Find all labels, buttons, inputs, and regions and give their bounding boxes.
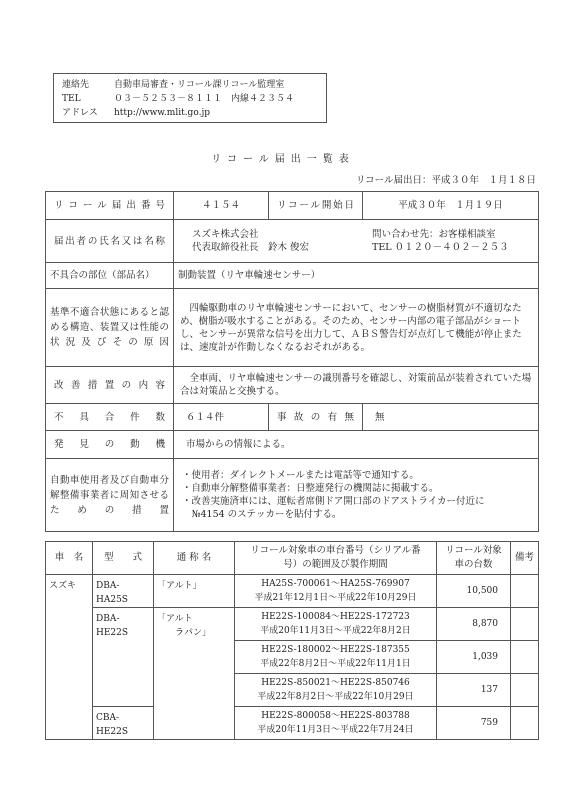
vehicle-table: 車 名 型 式 通 称 名 リコール対象車の車台番号（シリアル番号）の範囲及び製… [45, 541, 539, 740]
part-value: 制動装置（リヤ車輪速センサー） [174, 263, 539, 289]
start-date-label: リコール開始日 [269, 192, 363, 220]
page-title: リコール届出一覧表 [0, 150, 566, 165]
production-period: 平成20年11月3日～平成22年8月2日 [235, 624, 436, 638]
serial-range: HA25S-700061～HA25S-769907 [235, 577, 436, 591]
model-cell: DBA-HE22S [93, 608, 154, 707]
model-cell: DBA-HA25S [93, 575, 154, 608]
contact-value: 自動車局審査・リコール課リコール監理室 [114, 78, 284, 92]
condition-label: 基準不適合状態にあると認める構造、装置又は性能の状況及びその原因 [46, 289, 174, 367]
range-cell: HE22S-100084～HE22S-172723 平成20年11月3日～平成2… [235, 608, 437, 641]
production-period: 平成22年8月2日～平成22年10月29日 [235, 690, 436, 704]
vehicle-table-header: 車 名 型 式 通 称 名 リコール対象車の車台番号（シリアル番号）の範囲及び製… [46, 542, 539, 575]
serial-range: HE22S-800058～HE22S-803788 [235, 709, 436, 723]
name-cell: 「アルト」 [154, 575, 235, 608]
accident-label: 事故の有無 [269, 404, 363, 431]
accident-value: 無 [363, 404, 539, 431]
contact-key: アドレス [62, 106, 114, 120]
notice-item: ・使用者：ダイレクトメールまたは電話等で通知する。 [182, 469, 530, 482]
production-period: 平成22年8月2日～平成22年11月1日 [235, 657, 436, 671]
notes-cell [511, 575, 539, 608]
recall-info-table: リコール届出番号 ４１５４ リコール開始日 平成３０年 １月１９日 届出者の氏名… [45, 191, 539, 532]
inquiry-tel: TEL ０１２０－４０２－２５３ [372, 241, 509, 254]
maker-cell: スズキ [46, 575, 93, 740]
contact-row-tel: TEL ０３－５２５３－８１１１ 内線４２３５４ [62, 92, 326, 106]
range-cell: HE22S-850021～HE22S-850746 平成22年8月2日～平成22… [235, 674, 437, 707]
notice-label: 自動車使用者及び自動車分解整備事業者に周知させるための措置 [46, 459, 174, 532]
recall-number-label: リコール届出番号 [46, 192, 174, 220]
model-cell: CBA-HE22S [93, 707, 154, 740]
header-maker: 車 名 [46, 542, 93, 575]
contact-row-department: 連絡先 自動車局審査・リコール課リコール監理室 [62, 78, 326, 92]
range-cell: HE22S-180002～HE22S-187355 平成22年8月2日～平成22… [235, 641, 437, 674]
filed-date: リコール届出日：平成３０年 １月１８日 [356, 172, 536, 186]
production-period: 平成21年12月1日～平成22年10月29日 [235, 591, 436, 605]
table-row: DBA-HE22S 「アルト ラパン」 HE22S-100084～HE22S-1… [46, 608, 539, 641]
motive-label: 発見の動機 [46, 431, 174, 459]
motive-value: 市場からの情報による。 [174, 431, 539, 459]
filer-cell: スズキ株式会社 代表取締役社長 鈴木 俊宏 問い合わせ先：お客様相談室 TEL … [174, 220, 539, 263]
notice-list: ・使用者：ダイレクトメールまたは電話等で通知する。 ・自動車分解整備事業者：日整… [174, 459, 539, 532]
name-cell: 「アルト ラパン」 [154, 608, 235, 740]
count-cell: 1,039 [437, 641, 511, 674]
row-filer: 届出者の氏名又は名称 スズキ株式会社 代表取締役社長 鈴木 俊宏 問い合わせ先：… [46, 220, 539, 263]
count-cell: 137 [437, 674, 511, 707]
row-condition: 基準不適合状態にあると認める構造、装置又は性能の状況及びその原因 四輪駆動車のリ… [46, 289, 539, 367]
serial-range: HE22S-850021～HE22S-850746 [235, 676, 436, 690]
row-recall-number: リコール届出番号 ４１５４ リコール開始日 平成３０年 １月１９日 [46, 192, 539, 220]
row-defect-count: 不具合件数 ６１４件 事故の有無 無 [46, 404, 539, 431]
filer-representative: 代表取締役社長 鈴木 俊宏 [192, 241, 372, 254]
header-model: 型 式 [93, 542, 154, 575]
recall-number-value: ４１５４ [174, 192, 269, 220]
row-notice: 自動車使用者及び自動車分解整備事業者に周知させるための措置 ・使用者：ダイレクト… [46, 459, 539, 532]
notice-item: №4154 のステッカーを貼付する。 [182, 508, 530, 521]
header-notes: 備考 [511, 542, 539, 575]
serial-range: HE22S-180002～HE22S-187355 [235, 643, 436, 657]
table-row: スズキ DBA-HA25S 「アルト」 HA25S-700061～HA25S-7… [46, 575, 539, 608]
start-date-value: 平成３０年 １月１９日 [363, 192, 539, 220]
contact-url-link[interactable]: http://www.mlit.go.jp [114, 106, 210, 120]
contact-key: 連絡先 [62, 78, 114, 92]
notice-item: ・改善実施済車には、運転者席側ドア開口部のドアストライカー付近に [182, 495, 530, 508]
notes-cell [511, 674, 539, 707]
production-period: 平成20年11月3日～平成22年7月24日 [235, 723, 436, 737]
contact-row-address: アドレス http://www.mlit.go.jp [62, 106, 326, 120]
contact-box: 連絡先 自動車局審査・リコール課リコール監理室 TEL ０３－５２５３－８１１１… [53, 73, 327, 123]
row-part: 不具合の部位（部品名） 制動装置（リヤ車輪速センサー） [46, 263, 539, 289]
remedy-value: 全車両、リヤ車輪速センサーの識別番号を確認し、対策前品が装着されていた場合は対策… [174, 367, 539, 404]
filer-company: スズキ株式会社 [192, 228, 372, 241]
header-count: リコール対象車の台数 [437, 542, 511, 575]
inquiry-label: 問い合わせ先：お客様相談室 [372, 228, 509, 241]
notes-cell [511, 707, 539, 740]
filer-label: 届出者の氏名又は名称 [46, 220, 174, 263]
row-remedy: 改善措置の内容 全車両、リヤ車輪速センサーの識別番号を確認し、対策前品が装着され… [46, 367, 539, 404]
count-cell: 10,500 [437, 575, 511, 608]
range-cell: HA25S-700061～HA25S-769907 平成21年12月1日～平成2… [235, 575, 437, 608]
row-motive: 発見の動機 市場からの情報による。 [46, 431, 539, 459]
notice-item: ・自動車分解整備事業者：日整連発行の機関誌に掲載する。 [182, 482, 530, 495]
part-label: 不具合の部位（部品名） [46, 263, 174, 289]
count-cell: 759 [437, 707, 511, 740]
count-cell: 8,870 [437, 608, 511, 641]
header-range: リコール対象車の車台番号（シリアル番号）の範囲及び製作期間 [235, 542, 437, 575]
table-row: CBA-HE22S HE22S-800058～HE22S-803788 平成20… [46, 707, 539, 740]
notes-cell [511, 641, 539, 674]
header-name: 通 称 名 [154, 542, 235, 575]
notes-cell [511, 608, 539, 641]
contact-value: ０３－５２５３－８１１１ 内線４２３５４ [114, 92, 294, 106]
remedy-label: 改善措置の内容 [46, 367, 174, 404]
defect-count-value: ６１４件 [174, 404, 269, 431]
defect-count-label: 不具合件数 [46, 404, 174, 431]
contact-key: TEL [62, 92, 114, 106]
serial-range: HE22S-100084～HE22S-172723 [235, 610, 436, 624]
condition-value: 四輪駆動車のリヤ車輪速センサーにおいて、センサーの樹脂材質が不適切なため、樹脂が… [174, 289, 539, 367]
range-cell: HE22S-800058～HE22S-803788 平成20年11月3日～平成2… [235, 707, 437, 740]
